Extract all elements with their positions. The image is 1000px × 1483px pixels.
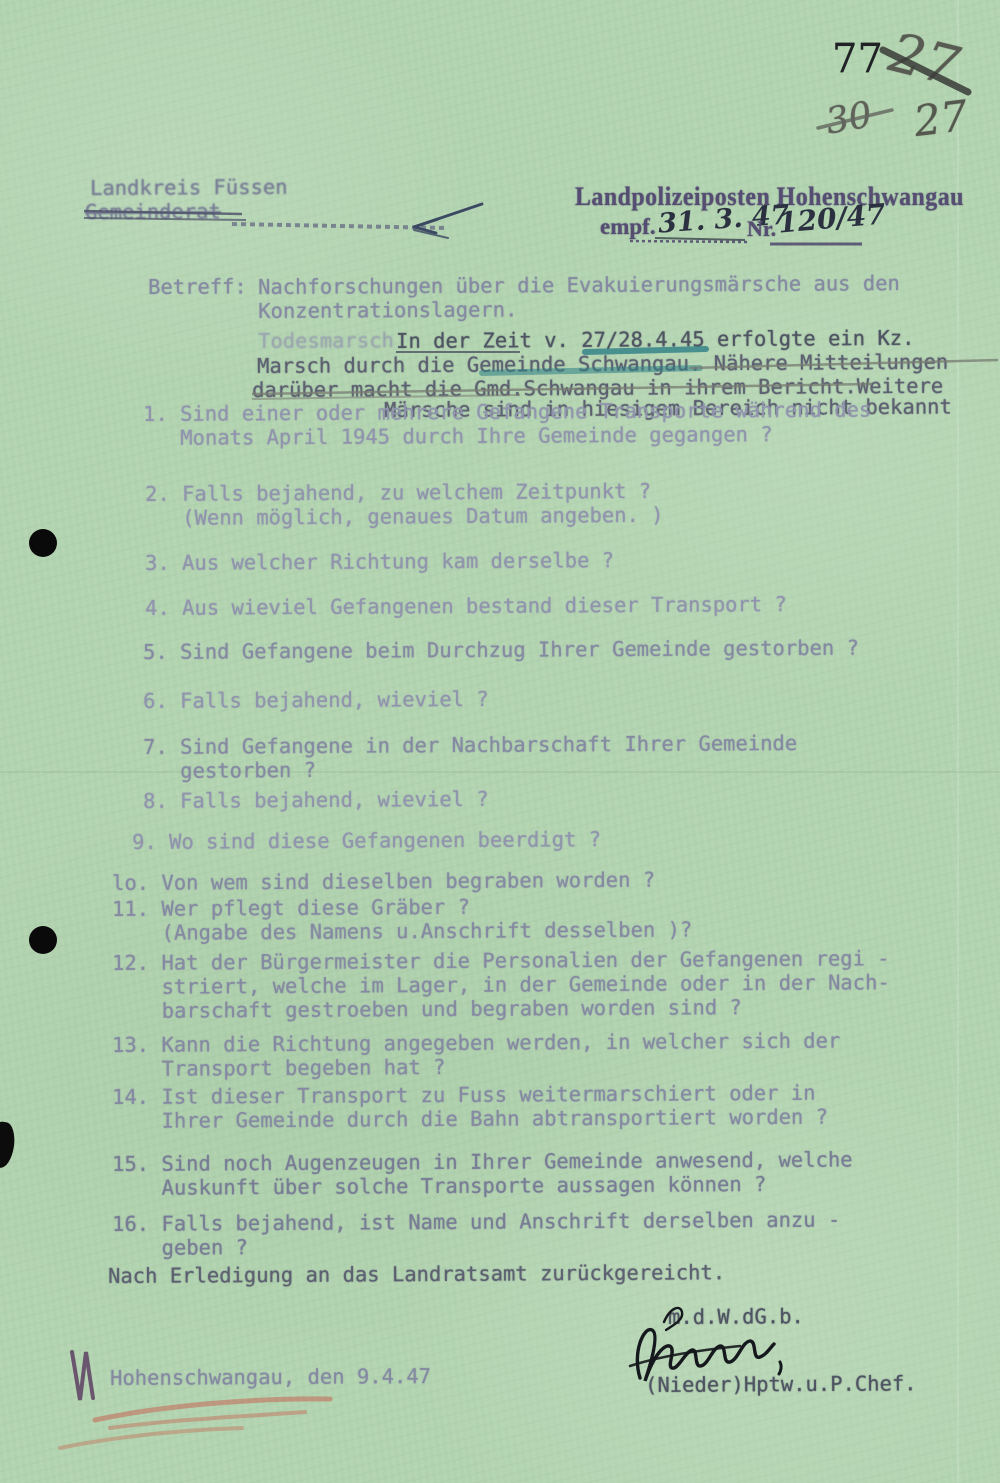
question-8: 8. Falls bejahend, wieviel ? <box>143 787 489 813</box>
question-11: 11. Wer pflegt diese Gräber ? (Angabe de… <box>112 893 692 945</box>
question-5: 5. Sind Gefangene beim Durchzug Ihrer Ge… <box>143 636 859 664</box>
question-7: 7. Sind Gefangene in der Nachbarschaft I… <box>143 731 797 783</box>
stamp-nr-label: Nr. <box>747 216 776 242</box>
sender-line2-struck: Gemeinderat <box>85 199 221 224</box>
punch-hole-top <box>29 529 57 557</box>
question-13: 13. Kann die Richtung angegeben werden, … <box>112 1029 840 1081</box>
dateline: Hohenschwangau, den 9.4.47 <box>110 1364 431 1390</box>
page-number: 77 <box>832 36 883 82</box>
edge-ink-blob <box>0 1121 17 1170</box>
arrow-extra-stroke <box>414 230 448 238</box>
betreff-text: Nachforschungen über die Evakuierungsmär… <box>258 271 900 323</box>
question-12: 12. Hat der Bürgermeister die Personalie… <box>112 946 890 1023</box>
red-pencil-stroke-1 <box>95 1399 330 1420</box>
closing-line: Nach Erledigung an das Landratsamt zurüc… <box>108 1260 725 1288</box>
question-14: 14. Ist dieser Transport zu Fuss weiterm… <box>112 1081 828 1133</box>
arrow-head <box>414 219 438 233</box>
question-6: 6. Falls bejahend, wieviel ? <box>143 687 489 713</box>
crossed-number-top: 27 <box>883 21 965 99</box>
faint-word-todesmarsch: Todesmarsch <box>258 328 394 353</box>
question-2: 2. Falls bejahend, zu welchem Zeitpunkt … <box>145 479 664 530</box>
betreff-label: Betreff: <box>148 274 247 299</box>
check-mark <box>72 1352 93 1400</box>
signature-crossbar <box>630 1346 740 1366</box>
sender-line1: Landkreis Füssen <box>90 175 288 200</box>
red-pencil-stroke-3 <box>60 1428 242 1448</box>
final-number: 27 <box>911 91 970 146</box>
paper-crease-vertical <box>957 0 959 1483</box>
signature-abbreviation: m.d.W.dG.b. <box>668 1304 804 1329</box>
punch-hole-bottom <box>29 926 57 954</box>
question-1: 1. Sind einer oder mehrere Gefangene Tra… <box>143 398 871 450</box>
crossed-number-mid: 30 <box>823 94 875 142</box>
question-15: 15. Sind noch Augenzeugen in Ihrer Gemei… <box>112 1147 853 1200</box>
document-page: 77 27 30 27 Landkreis Füssen Gemeinderat… <box>0 0 1000 1483</box>
red-pencil-stroke-2 <box>110 1412 305 1428</box>
question-3: 3. Aus welcher Richtung kam derselbe ? <box>145 548 614 575</box>
arrow-shaft <box>414 204 482 227</box>
question-4: 4. Aus wieviel Gefangenen bestand dieser… <box>145 592 787 620</box>
typed-dash-line <box>232 224 448 228</box>
question-10: lo. Von wem sind dieselben begraben word… <box>112 868 655 895</box>
question-16: 16. Falls bejahend, ist Name und Anschri… <box>112 1208 840 1260</box>
stamp-underline-date <box>630 241 748 242</box>
signature-typed-name: (Nieder)Hptw.u.P.Chef. <box>645 1371 917 1397</box>
question-9: 9. Wo sind diese Gefangenen beerdigt ? <box>132 827 601 854</box>
stamp-empf-label: empf. <box>600 214 656 240</box>
answer-line1: In der Zeit v. 27/28.4.45 erfolgte ein K… <box>396 326 915 353</box>
